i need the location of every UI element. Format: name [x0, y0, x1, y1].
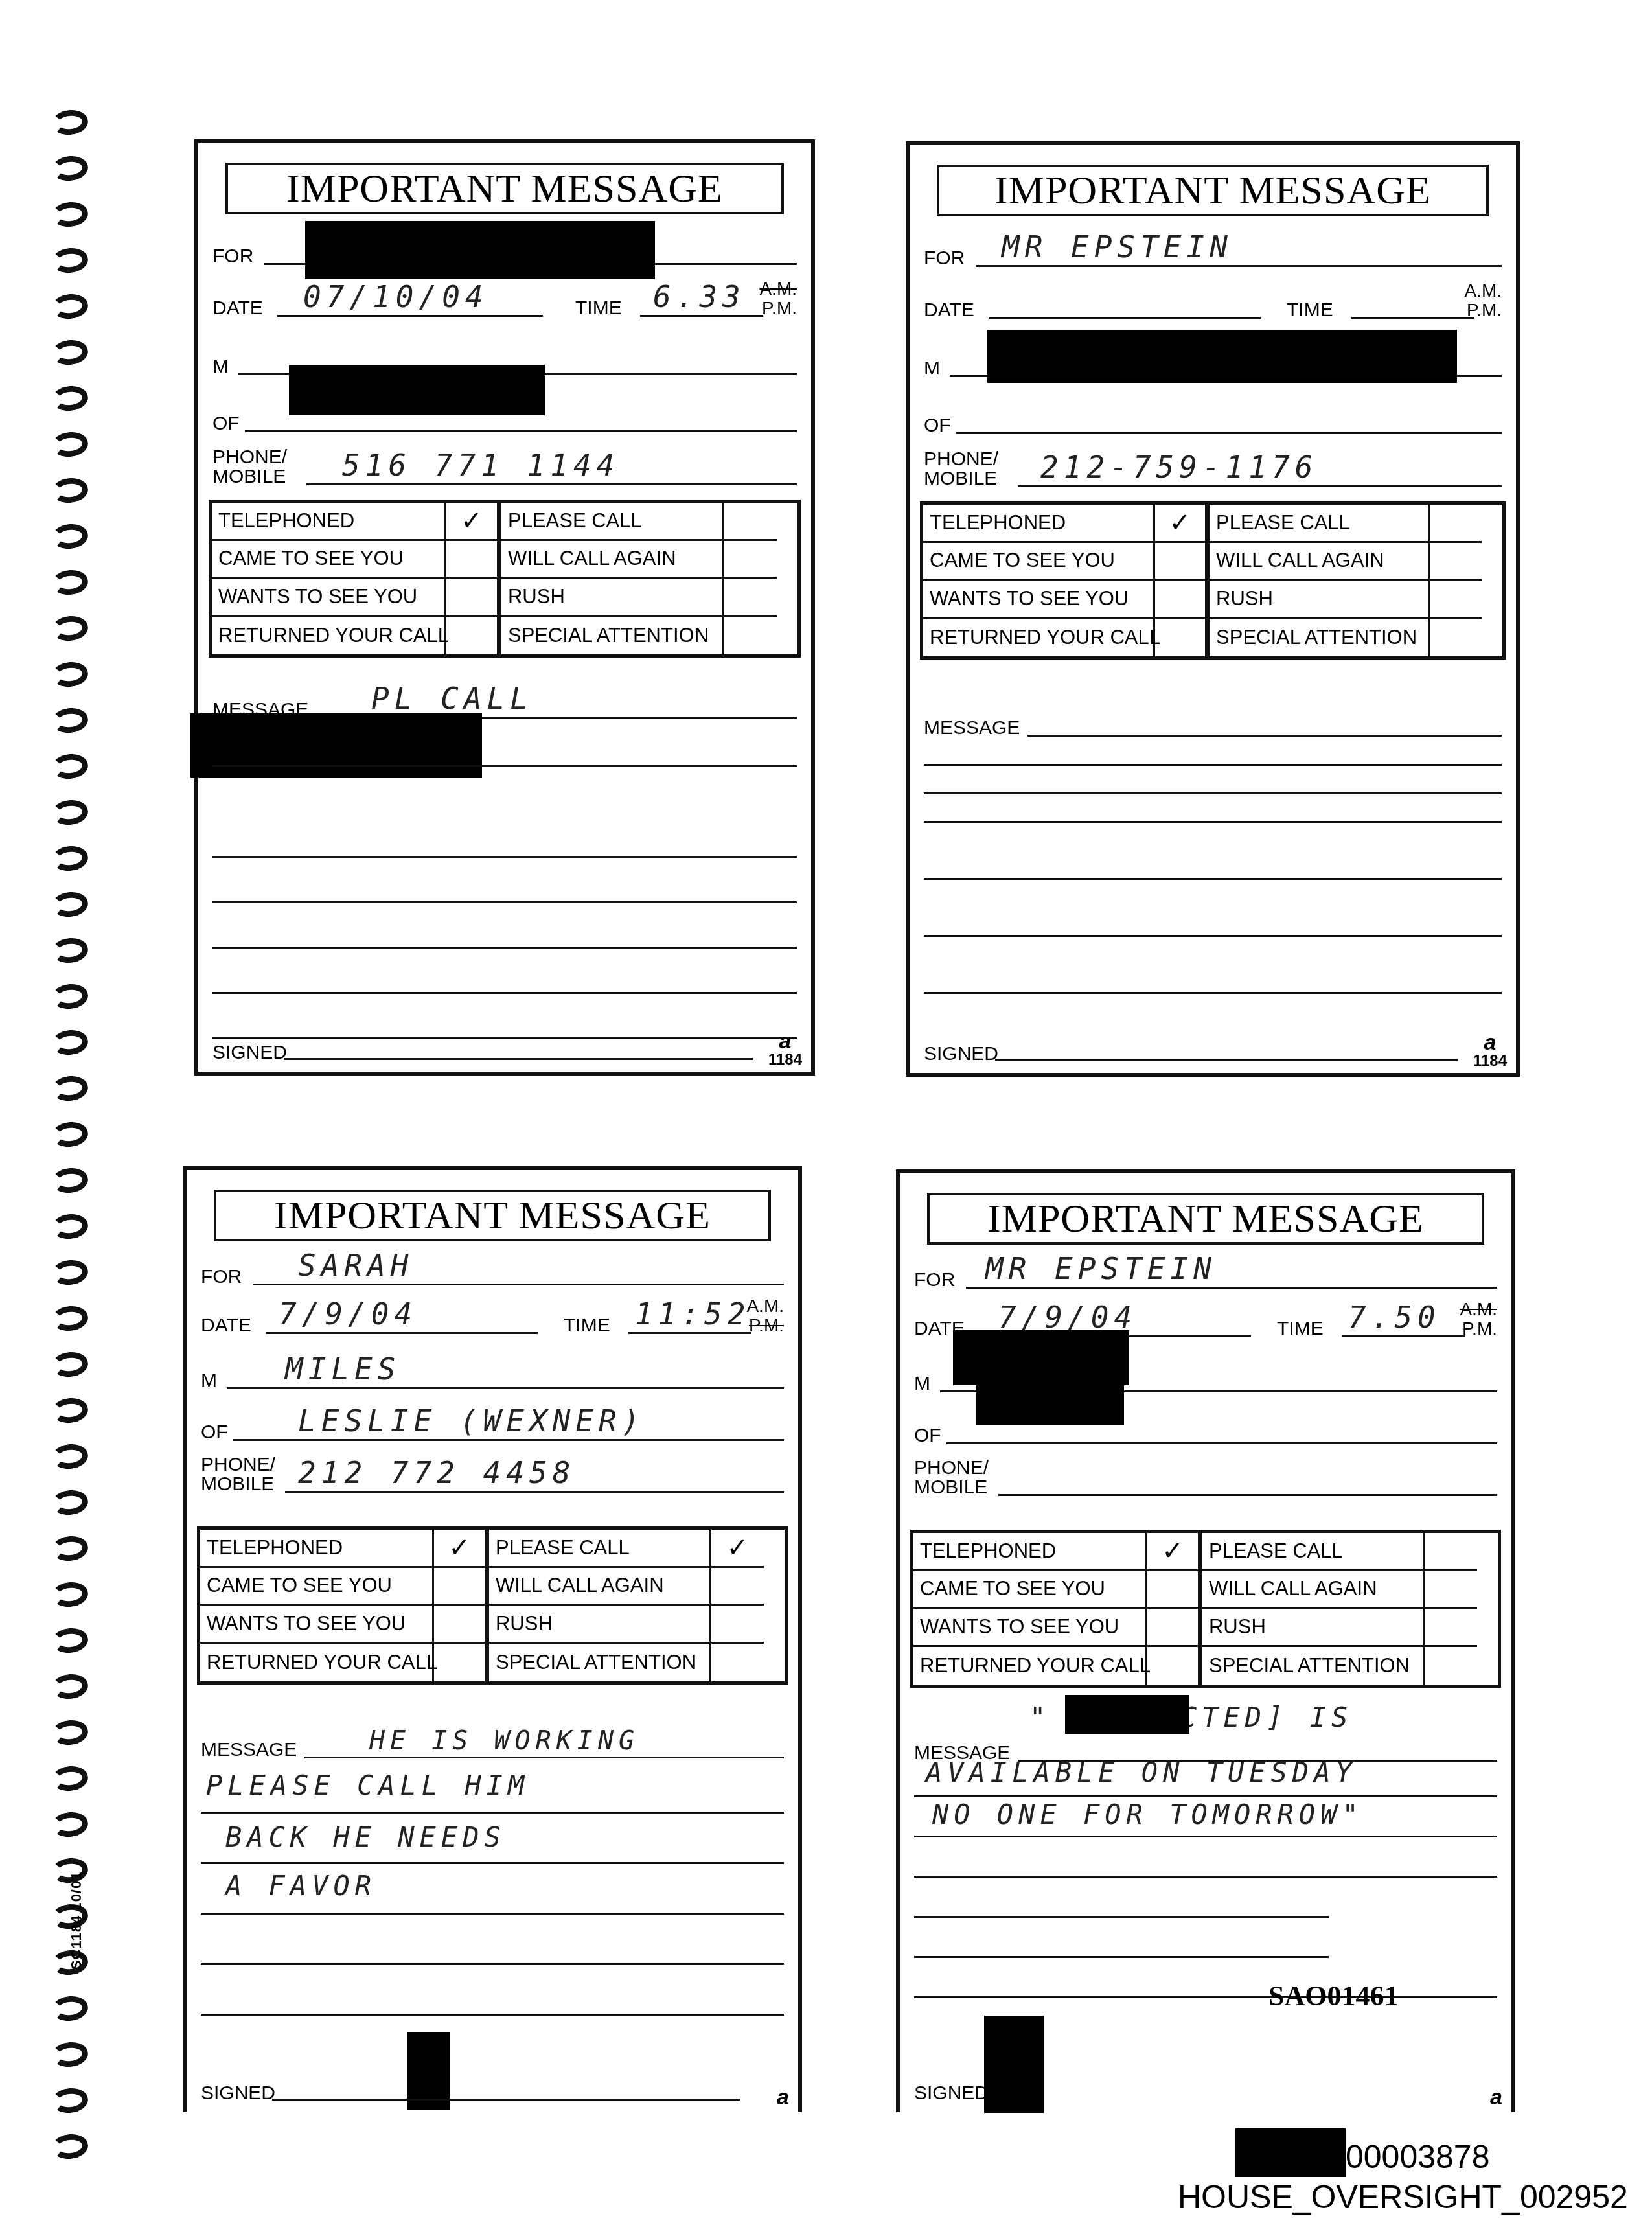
- signed-label: SIGNED: [924, 1043, 998, 1065]
- phone-label: PHONE/MOBILE: [914, 1458, 989, 1497]
- message-card-top-right: IMPORTANT MESSAGE FOR MR EPSTEIN DATE TI…: [906, 141, 1520, 1077]
- spiral-ring-icon: [51, 1212, 89, 1241]
- spiral-ring-icon: [51, 1258, 89, 1287]
- am-pm-indicator: A.M.P.M.: [759, 279, 797, 318]
- phone-field: PHONE/MOBILE 212-759-1176: [924, 443, 1502, 489]
- message-label: MESSAGE: [924, 719, 1020, 738]
- will-call-again-checkbox[interactable]: [1425, 1571, 1477, 1609]
- will-call-again-label: WILL CALL AGAIN: [1210, 543, 1430, 581]
- telephoned-label: TELEPHONED: [212, 503, 446, 541]
- spiral-ring-icon: [51, 292, 89, 321]
- came-to-see-you-label: CAME TO SEE YOU: [923, 543, 1155, 581]
- spiral-ring-icon: [51, 2040, 89, 2069]
- came-to-see-you-label: CAME TO SEE YOU: [212, 541, 446, 579]
- spiral-ring-icon: [51, 1672, 89, 1701]
- date-value: 7/9/04: [998, 1300, 1137, 1335]
- phone-field: PHONE/MOBILE: [914, 1452, 1497, 1497]
- signed-label: SIGNED: [212, 1042, 287, 1064]
- spiral-ring-icon: [51, 752, 89, 781]
- time-value: 6.33: [653, 279, 746, 314]
- card-title: IMPORTANT MESSAGE: [286, 166, 723, 212]
- spiral-ring-icon: [51, 844, 89, 873]
- telephoned-checkbox[interactable]: ✓: [446, 503, 499, 541]
- please-call-checkbox[interactable]: [724, 503, 776, 541]
- please-call-label: PLEASE CALL: [1210, 505, 1430, 543]
- of-label: OF: [212, 414, 240, 433]
- spiral-ring-icon: [51, 1994, 89, 2023]
- spiral-ring-icon: [51, 476, 89, 505]
- special-attention-label: SPECIAL ATTENTION: [1210, 619, 1430, 657]
- document-stamp-id: SAO01461: [1268, 1979, 1398, 2012]
- signature-line: [284, 1058, 753, 1060]
- returned-your-call-label: RETURNED YOUR CALL: [212, 617, 446, 655]
- spiral-ring-icon: [51, 2132, 89, 2161]
- spiral-ring-icon: [51, 936, 89, 965]
- message-card-top-left: IMPORTANT MESSAGE FOR DATE 07/10/04 TIME…: [194, 139, 815, 1076]
- came-to-see-you-checkbox[interactable]: [1155, 543, 1207, 581]
- form-logo: a: [1490, 2086, 1502, 2108]
- spiral-ring-icon: [51, 660, 89, 689]
- will-call-again-label: WILL CALL AGAIN: [489, 1568, 711, 1606]
- spiral-ring-icon: [51, 246, 89, 275]
- message-line-2: PLEASE CALL HIM: [206, 1769, 529, 1801]
- spiral-ring-icon: [51, 1120, 89, 1149]
- signed-label: SIGNED: [914, 2082, 989, 2104]
- rush-checkbox[interactable]: [711, 1606, 764, 1644]
- card-title: IMPORTANT MESSAGE: [987, 1196, 1424, 1242]
- am-pm-indicator: A.M.P.M.: [1464, 281, 1502, 320]
- for-value: MR EPSTEIN: [985, 1251, 1217, 1286]
- returned-your-call-label: RETURNED YOUR CALL: [923, 619, 1155, 657]
- rush-label: RUSH: [501, 579, 724, 617]
- message-field: MESSAGE: [924, 699, 1502, 738]
- rush-checkbox[interactable]: [724, 579, 776, 617]
- of-field: OF: [924, 397, 1502, 435]
- message-card-bottom-right: IMPORTANT MESSAGE FOR MR EPSTEIN DATE 7/…: [896, 1169, 1515, 2112]
- card-title-box: IMPORTANT MESSAGE: [937, 165, 1489, 216]
- please-call-checkbox[interactable]: ✓: [711, 1530, 764, 1568]
- phone-label: PHONE/MOBILE: [924, 450, 998, 489]
- please-call-label: PLEASE CALL: [1202, 1533, 1425, 1571]
- for-label: FOR: [212, 247, 253, 266]
- telephoned-label: TELEPHONED: [923, 505, 1155, 543]
- time-label: TIME: [564, 1316, 610, 1335]
- special-attention-label: SPECIAL ATTENTION: [489, 1644, 711, 1682]
- phone-value: 212-759-1176: [1040, 450, 1318, 485]
- came-to-see-you-checkbox[interactable]: [446, 541, 499, 579]
- date-value: 07/10/04: [303, 279, 488, 314]
- time-label: TIME: [1287, 301, 1333, 320]
- came-to-see-you-label: CAME TO SEE YOU: [200, 1568, 434, 1606]
- m-label: M: [924, 359, 940, 378]
- redaction-message: [190, 713, 482, 778]
- please-call-label: PLEASE CALL: [489, 1530, 711, 1568]
- phone-label: PHONE/MOBILE: [201, 1455, 275, 1494]
- wants-to-see-you-checkbox[interactable]: [434, 1606, 487, 1644]
- spiral-ring-icon: [51, 1166, 89, 1195]
- will-call-again-label: WILL CALL AGAIN: [1202, 1571, 1425, 1609]
- m-label: M: [201, 1371, 217, 1390]
- spiral-ring-icon: [51, 430, 89, 459]
- came-to-see-you-checkbox[interactable]: [434, 1568, 487, 1606]
- spiral-ring-icon: [51, 1626, 89, 1655]
- rush-checkbox[interactable]: [1430, 581, 1482, 619]
- came-to-see-you-label: CAME TO SEE YOU: [913, 1571, 1147, 1609]
- came-to-see-you-checkbox[interactable]: [1147, 1571, 1200, 1609]
- wants-to-see-you-label: WANTS TO SEE YOU: [212, 579, 446, 617]
- message-line-2: AVAILABLE ON TUESDAY: [926, 1757, 1357, 1788]
- spiral-ring-icon: [51, 798, 89, 827]
- card-title: IMPORTANT MESSAGE: [994, 168, 1431, 214]
- form-code: SC1184 10/01: [68, 1872, 85, 1970]
- bates-label: HOUSE_OVERSIGHT_002952: [1178, 2178, 1628, 2216]
- card-title-box: IMPORTANT MESSAGE: [927, 1193, 1484, 1245]
- of-label: OF: [201, 1423, 228, 1442]
- message-field: MESSAGE HE IS WORKING: [201, 1721, 784, 1760]
- will-call-again-label: WILL CALL AGAIN: [501, 541, 724, 579]
- wants-to-see-you-label: WANTS TO SEE YOU: [200, 1606, 434, 1644]
- date-label: DATE: [212, 299, 263, 318]
- checkbox-grid: TELEPHONED ✓ PLEASE CALL CAME TO SEE YOU…: [209, 500, 801, 658]
- m-field: M MILES: [201, 1352, 784, 1390]
- date-value: 7/9/04: [279, 1296, 417, 1331]
- of-value: LESLIE (WEXNER): [298, 1403, 645, 1438]
- phone-label: PHONE/MOBILE: [212, 448, 287, 487]
- m-value: MILES: [285, 1352, 400, 1387]
- for-value: MR EPSTEIN: [1002, 229, 1233, 264]
- special-attention-checkbox[interactable]: [724, 617, 776, 655]
- telephoned-checkbox[interactable]: ✓: [434, 1530, 487, 1568]
- returned-your-call-checkbox[interactable]: [1147, 1647, 1200, 1685]
- of-field: OF: [914, 1407, 1497, 1446]
- for-field: FOR MR EPSTEIN: [914, 1251, 1497, 1290]
- special-attention-checkbox[interactable]: [1430, 619, 1482, 657]
- spiral-ring-icon: [51, 2086, 89, 2115]
- spiral-ring-icon: [51, 522, 89, 551]
- special-attention-label: SPECIAL ATTENTION: [1202, 1647, 1425, 1685]
- please-call-checkbox[interactable]: [1430, 505, 1482, 543]
- spiral-ring-icon: [51, 1534, 89, 1563]
- m-label: M: [212, 357, 229, 376]
- phone-value: 212 772 4458: [298, 1455, 575, 1490]
- checkbox-grid: TELEPHONED ✓ PLEASE CALL CAME TO SEE YOU…: [920, 501, 1506, 660]
- message-card-bottom-left: IMPORTANT MESSAGE FOR SARAH DATE 7/9/04 …: [183, 1166, 802, 2112]
- card-title-box: IMPORTANT MESSAGE: [225, 163, 784, 214]
- spiral-ring-icon: [51, 384, 89, 413]
- phone-value: 516 771 1144: [342, 448, 619, 483]
- wants-to-see-you-label: WANTS TO SEE YOU: [913, 1609, 1147, 1647]
- rush-label: RUSH: [1202, 1609, 1425, 1647]
- for-field: FOR MR EPSTEIN: [924, 229, 1502, 268]
- signature-line: [272, 2099, 740, 2101]
- for-value: SARAH: [298, 1248, 413, 1283]
- message-line-4: A FAVOR: [225, 1870, 376, 1902]
- spiral-ring-icon: [51, 1350, 89, 1379]
- message-line-1: HE IS WORKING: [369, 1726, 639, 1756]
- signature-line: [995, 1059, 1458, 1061]
- redaction-message: [1065, 1695, 1189, 1734]
- message-label: MESSAGE: [201, 1740, 297, 1760]
- returned-your-call-label: RETURNED YOUR CALL: [200, 1644, 434, 1682]
- rush-label: RUSH: [489, 1606, 711, 1644]
- message-line-3: BACK HE NEEDS: [225, 1821, 506, 1853]
- date-time-field: DATE 7/9/04 TIME 11:52 A.M.P.M.: [201, 1296, 784, 1335]
- time-value: 7.50: [1348, 1300, 1441, 1335]
- spiral-ring-icon: [51, 982, 89, 1011]
- spiral-ring-icon: [51, 890, 89, 919]
- special-attention-label: SPECIAL ATTENTION: [501, 617, 724, 655]
- redaction-m: [987, 330, 1457, 383]
- spiral-ring-icon: [51, 1304, 89, 1333]
- of-field: OF LESLIE (WEXNER): [201, 1403, 784, 1442]
- form-logo: a1184: [1473, 1031, 1507, 1069]
- bates-suffix: 00003878: [1346, 2138, 1489, 2176]
- time-label: TIME: [575, 299, 622, 318]
- please-call-checkbox[interactable]: [1425, 1533, 1477, 1571]
- card-title: IMPORTANT MESSAGE: [274, 1193, 711, 1239]
- spiral-ring-icon: [51, 154, 89, 183]
- am-pm-indicator: A.M.P.M.: [746, 1296, 784, 1335]
- spiral-ring-icon: [51, 1580, 89, 1609]
- returned-your-call-label: RETURNED YOUR CALL: [913, 1647, 1147, 1685]
- will-call-again-checkbox[interactable]: [1430, 543, 1482, 581]
- card-title-box: IMPORTANT MESSAGE: [214, 1190, 771, 1241]
- date-time-field: DATE TIME A.M.P.M.: [924, 281, 1502, 320]
- date-time-field: DATE 07/10/04 TIME 6.33 A.M.P.M.: [212, 279, 797, 318]
- spiral-ring-icon: [51, 1074, 89, 1103]
- returned-your-call-checkbox[interactable]: [446, 617, 499, 655]
- spiral-ring-icon: [51, 1764, 89, 1793]
- for-label: FOR: [914, 1271, 955, 1290]
- telephoned-label: TELEPHONED: [200, 1530, 434, 1568]
- time-value: 11:52: [635, 1296, 750, 1331]
- phone-field: PHONE/MOBILE 516 771 1144: [212, 441, 797, 487]
- for-label: FOR: [924, 249, 965, 268]
- wants-to-see-you-checkbox[interactable]: [1147, 1609, 1200, 1647]
- phone-field: PHONE/MOBILE 212 772 4458: [201, 1449, 784, 1494]
- redaction-bates-prefix: [1235, 2128, 1346, 2177]
- spiral-ring-icon: [51, 1396, 89, 1425]
- date-label: DATE: [924, 301, 974, 320]
- spiral-ring-icon: [51, 200, 89, 229]
- for-field: FOR SARAH: [201, 1248, 784, 1287]
- rush-checkbox[interactable]: [1425, 1609, 1477, 1647]
- spiral-ring-icon: [51, 338, 89, 367]
- of-field: OF: [212, 395, 797, 433]
- form-logo: a1184: [768, 1030, 802, 1068]
- wants-to-see-you-checkbox[interactable]: [446, 579, 499, 617]
- date-label: DATE: [201, 1316, 251, 1335]
- please-call-label: PLEASE CALL: [501, 503, 724, 541]
- telephoned-label: TELEPHONED: [913, 1533, 1147, 1571]
- special-attention-checkbox[interactable]: [711, 1644, 764, 1682]
- of-label: OF: [914, 1426, 941, 1446]
- m-label: M: [914, 1374, 930, 1394]
- wants-to-see-you-checkbox[interactable]: [1155, 581, 1207, 619]
- form-logo: a: [777, 2086, 789, 2108]
- of-label: OF: [924, 416, 951, 435]
- spiral-ring-icon: [51, 1810, 89, 1839]
- spiral-ring-icon: [51, 1488, 89, 1517]
- redaction-signature: [407, 2032, 450, 2110]
- am-pm-indicator: A.M.P.M.: [1460, 1300, 1497, 1339]
- rush-label: RUSH: [1210, 581, 1430, 619]
- special-attention-checkbox[interactable]: [1425, 1647, 1477, 1685]
- spiral-ring-icon: [51, 108, 89, 137]
- telephoned-checkbox[interactable]: ✓: [1155, 505, 1207, 543]
- wants-to-see-you-label: WANTS TO SEE YOU: [923, 581, 1155, 619]
- message-line-3: NO ONE FOR TOMORROW": [932, 1799, 1364, 1830]
- telephoned-checkbox[interactable]: ✓: [1147, 1533, 1200, 1571]
- spiral-binding: [52, 110, 104, 2180]
- returned-your-call-checkbox[interactable]: [1155, 619, 1207, 657]
- returned-your-call-checkbox[interactable]: [434, 1644, 487, 1682]
- checkbox-grid: TELEPHONED ✓ PLEASE CALL ✓ CAME TO SEE Y…: [197, 1526, 788, 1685]
- spiral-ring-icon: [51, 1442, 89, 1471]
- redaction-for: [305, 221, 655, 279]
- spiral-ring-icon: [51, 614, 89, 643]
- spiral-ring-icon: [51, 1718, 89, 1747]
- for-label: FOR: [201, 1267, 242, 1287]
- spiral-ring-icon: [51, 568, 89, 597]
- time-label: TIME: [1277, 1319, 1324, 1339]
- redaction-m: [953, 1330, 1129, 1385]
- will-call-again-checkbox[interactable]: [724, 541, 776, 579]
- will-call-again-checkbox[interactable]: [711, 1568, 764, 1606]
- message-line-1: PL CALL: [371, 681, 533, 716]
- spiral-ring-icon: [51, 1028, 89, 1057]
- signed-label: SIGNED: [201, 2082, 275, 2104]
- checkbox-grid: TELEPHONED ✓ PLEASE CALL CAME TO SEE YOU…: [910, 1530, 1501, 1688]
- spiral-ring-icon: [51, 706, 89, 735]
- redaction-signature: [984, 2016, 1044, 2113]
